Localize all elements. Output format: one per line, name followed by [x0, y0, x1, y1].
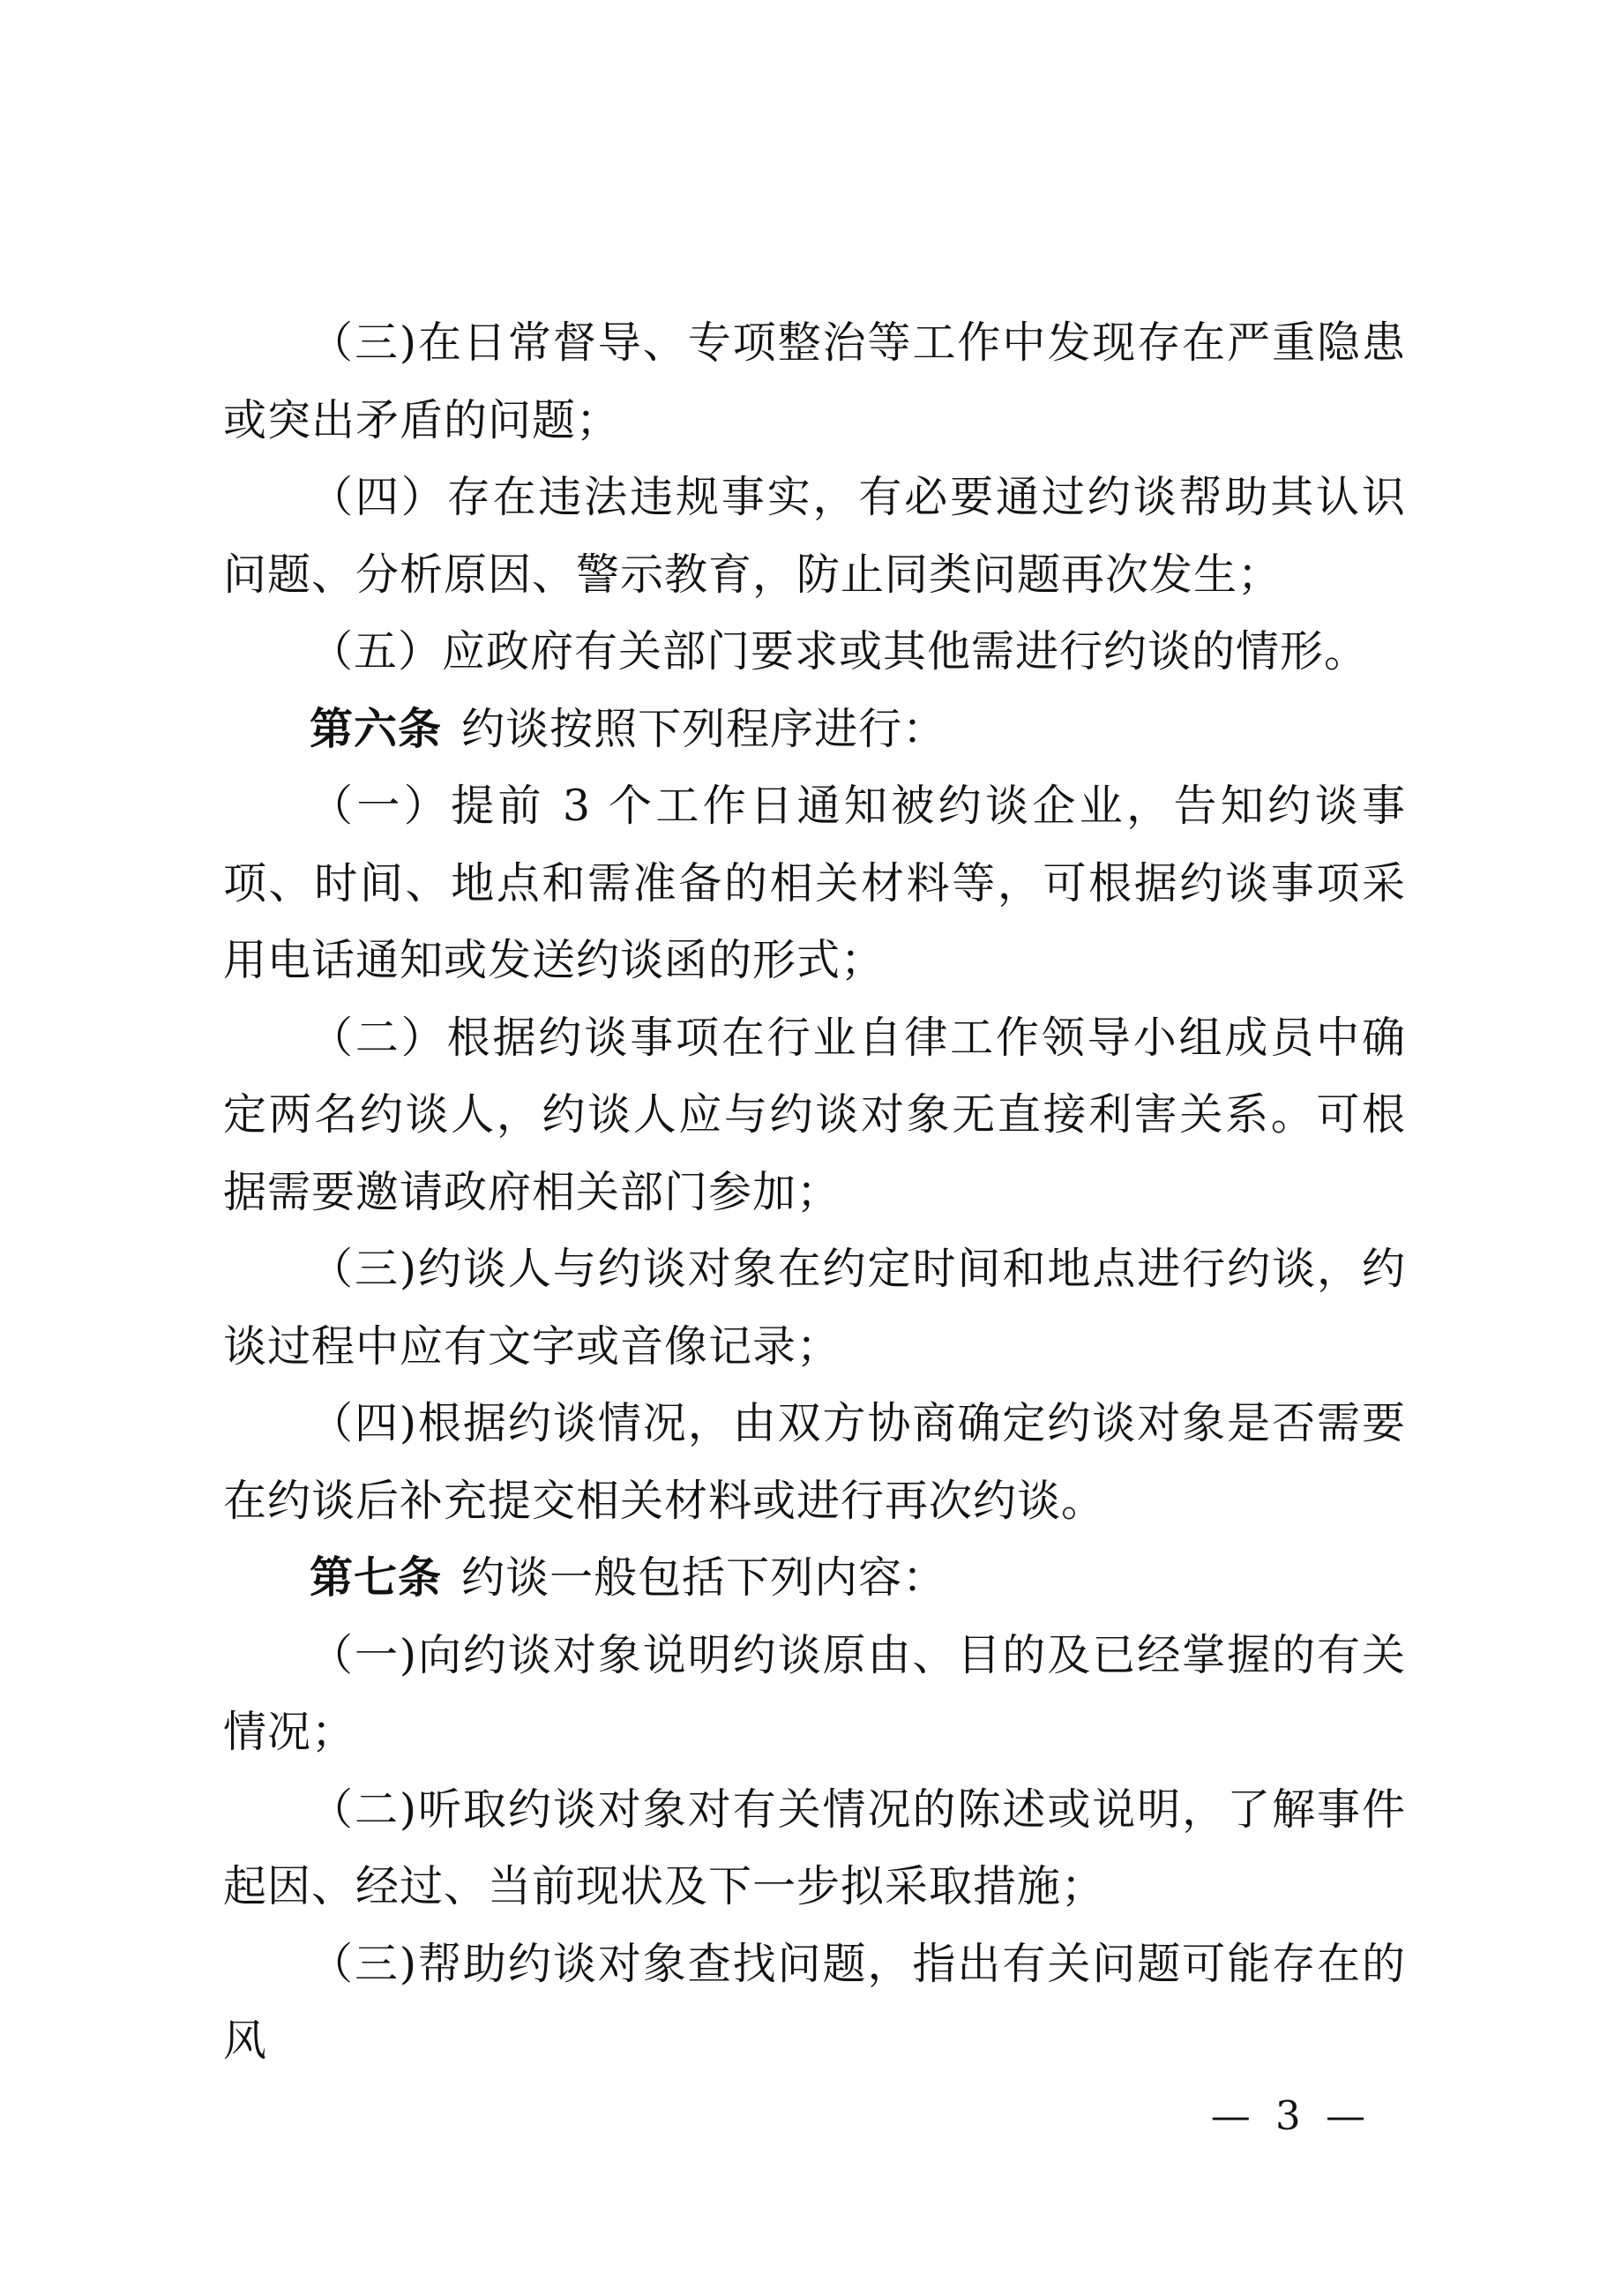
body-paragraph: （五）应政府有关部门要求或其他需进行约谈的情形。 — [223, 613, 1406, 691]
body-paragraph: （四)根据约谈情况，由双方协商确定约谈对象是否需要在约谈后补充提交相关材料或进行… — [223, 1385, 1406, 1539]
body-paragraph: （三)约谈人与约谈对象在约定时间和地点进行约谈，约谈过程中应有文字或音像记录； — [223, 1230, 1406, 1385]
body-paragraph: （一）提前 3 个工作日通知被约谈企业，告知约谈事项、时间、地点和需准备的相关材… — [223, 767, 1406, 999]
page-number: — 3 — — [1211, 2094, 1367, 2138]
body-paragraph: （一)向约谈对象说明约谈原由、目的及已经掌握的有关情况； — [223, 1617, 1406, 1771]
article-number: 第七条 — [310, 1552, 442, 1603]
body-paragraph: （二)听取约谈对象对有关情况的陈述或说明，了解事件起因、经过、当前现状及下一步拟… — [223, 1771, 1406, 1926]
document-page: （三)在日常督导、专项整治等工作中发现存在严重隐患或突出矛盾的问题；（四）存在违… — [0, 0, 1622, 2296]
body-paragraph: （四）存在违法违规事实，有必要通过约谈帮助其认识问题、分析原因、警示教育，防止同… — [223, 459, 1406, 613]
body-paragraph: （三)在日常督导、专项整治等工作中发现存在严重隐患或突出矛盾的问题； — [223, 304, 1406, 459]
article-number: 第六条 — [310, 703, 442, 754]
article-lead-paragraph: 第七条约谈一般包括下列内容： — [223, 1539, 1406, 1617]
article-lead-paragraph: 第六条约谈按照下列程序进行： — [223, 691, 1406, 768]
body-paragraph: （三)帮助约谈对象查找问题，指出有关问题可能存在的风 — [223, 1926, 1406, 2080]
document-body: （三)在日常督导、专项整治等工作中发现存在严重隐患或突出矛盾的问题；（四）存在违… — [223, 304, 1406, 2080]
body-paragraph: （二）根据约谈事项在行业自律工作领导小组成员中确定两名约谈人，约谈人应与约谈对象… — [223, 999, 1406, 1231]
